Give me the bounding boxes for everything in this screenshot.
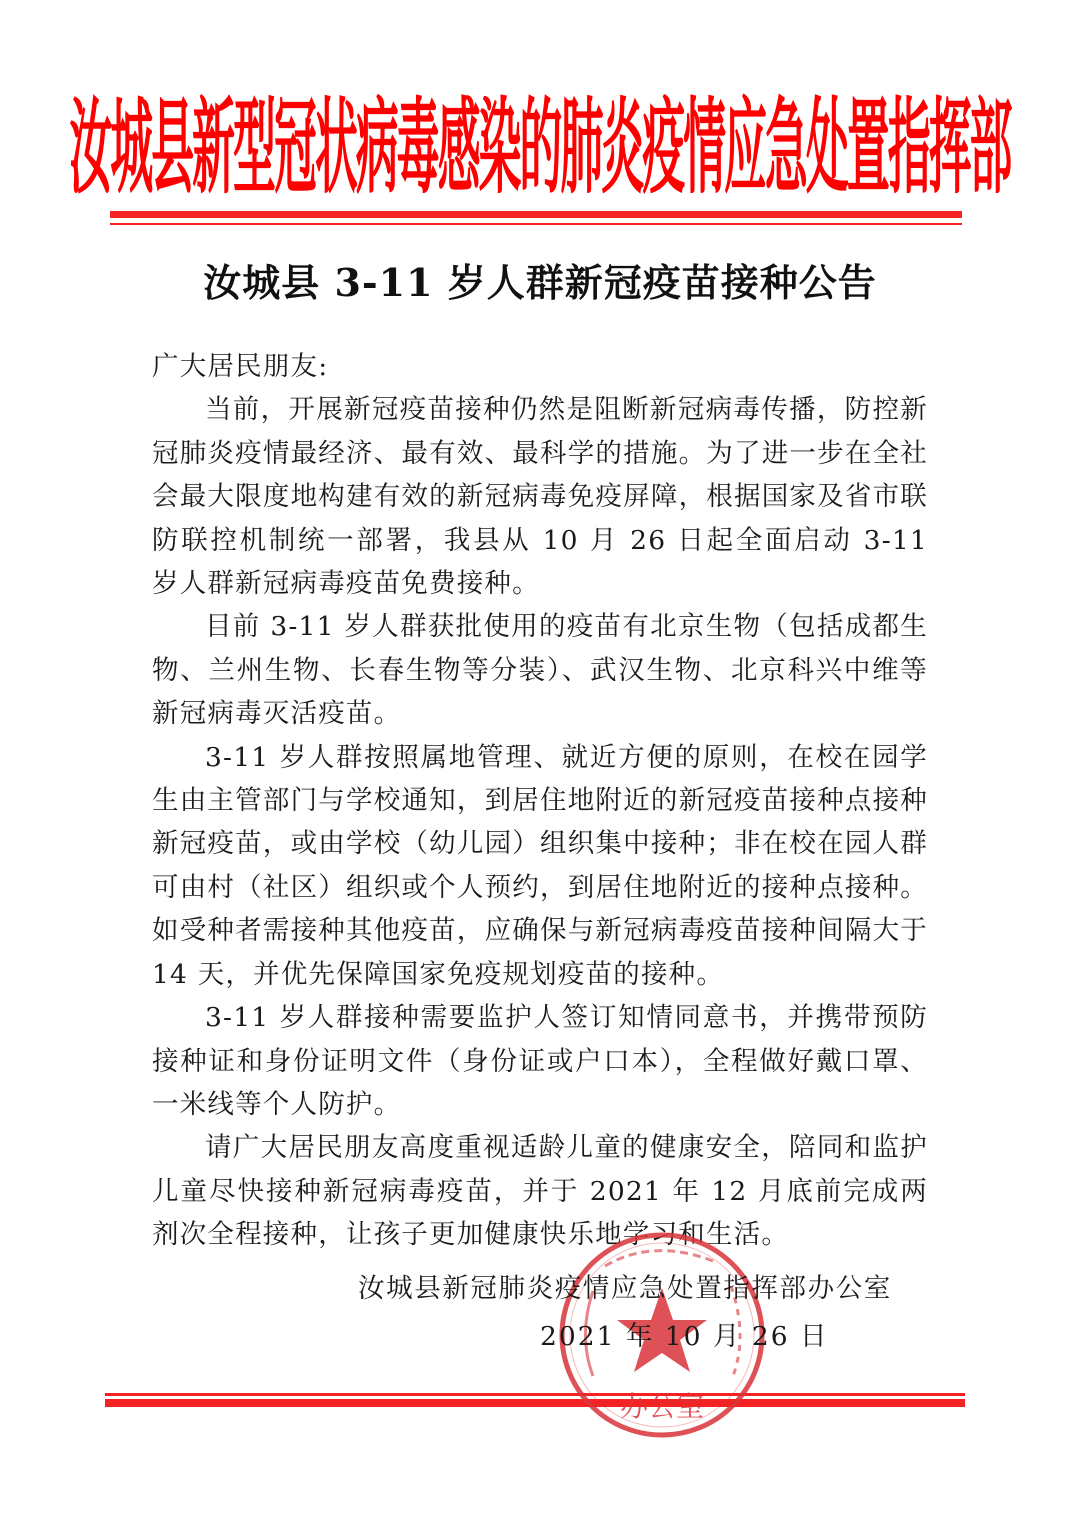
paragraph-4: 3-11 岁人群接种需要监护人签订知情同意书，并携带预防接种证和身份证明文件（身…	[152, 996, 928, 1126]
header-divider-thick	[110, 211, 962, 218]
paragraph-2: 目前 3-11 岁人群获批使用的疫苗有北京生物（包括成都生物、兰州生物、长春生物…	[152, 605, 928, 735]
footer-divider-thick	[105, 1399, 965, 1407]
seal-bottom-text: 办公室	[620, 1390, 704, 1423]
header-divider-thin	[110, 223, 962, 225]
signature-organization: 汝城县新冠肺炎疫情应急处置指挥部办公室	[358, 1266, 892, 1305]
footer-divider-thin	[105, 1393, 965, 1396]
issuing-authority-header: 汝城县新型冠状病毒感染的肺炎疫情应急处置指挥部	[140, 70, 940, 210]
paragraph-1: 当前，开展新冠疫苗接种仍然是阻断新冠病毒传播，防控新冠肺炎疫情最经济、最有效、最…	[152, 388, 928, 605]
document-body: 广大居民朋友: 当前，开展新冠疫苗接种仍然是阻断新冠病毒传播，防控新冠肺炎疫情最…	[152, 345, 928, 1257]
signature-date: 2021 年 10 月 26 日	[540, 1314, 829, 1353]
issuing-authority-name: 汝城县新型冠状病毒感染的肺炎疫情应急处置指挥部	[69, 66, 1010, 215]
document-title: 汝城县 3-11 岁人群新冠疫苗接种公告	[0, 252, 1080, 307]
salutation: 广大居民朋友:	[152, 345, 928, 388]
paragraph-3: 3-11 岁人群按照属地管理、就近方便的原则，在校在园学生由主管部门与学校通知，…	[152, 736, 928, 996]
paragraph-5: 请广大居民朋友高度重视适龄儿童的健康安全，陪同和监护儿童尽快接种新冠病毒疫苗，并…	[152, 1126, 928, 1256]
